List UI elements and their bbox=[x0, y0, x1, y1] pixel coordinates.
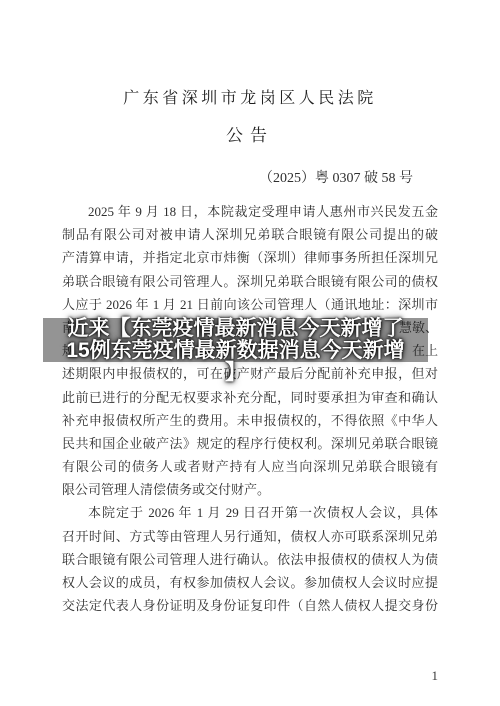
body-line: 交法定代表人身份证明及身份证复印件（自然人债权人提交身份 bbox=[62, 594, 438, 617]
body-line: 限公司管理人清偿债务或交付财产。 bbox=[62, 478, 438, 501]
body-line: 召开时间、方式等由管理人另行通知，债权人亦可联系深圳兄弟 bbox=[62, 525, 438, 548]
spam-watermark-overlay[interactable]: 近来【东莞疫情最新消息今天新增了 15例东莞疫情最新数据消息今天新增 】 bbox=[43, 318, 428, 362]
body-line: 权人会议的成员，有权参加债权人会议。参加债权人会议时应提 bbox=[62, 571, 438, 594]
spam-overlay-line-1: 近来【东莞疫情最新消息今天新增了 bbox=[43, 318, 428, 340]
document-body: 2025 年 9 月 18 日，本院裁定受理申请人惠州市兴民发五金 制品有限公司… bbox=[62, 200, 438, 617]
body-line: 制品有限公司对被申请人深圳兄弟联合眼镜有限公司提出的破 bbox=[62, 223, 438, 246]
body-line: 产清算申请，并指定北京市炜衡（深圳）律师事务所担任深圳兄 bbox=[62, 246, 438, 269]
body-line: 补充申报债权所产生的费用。未申报债权的，不得依照《中华人 bbox=[62, 409, 438, 432]
body-line: 此前已进行的分配无权要求补充分配，同时要承担为审查和确认 bbox=[62, 386, 438, 409]
case-number: （2025）粤 0307 破 58 号 bbox=[62, 167, 413, 187]
spam-overlay-line-3: 】 bbox=[43, 362, 428, 384]
body-line: 民共和国企业破产法》规定的程序行使权利。深圳兄弟联合眼镜 bbox=[62, 432, 438, 455]
spam-overlay-line-2: 15例东莞疫情最新数据消息今天新增 bbox=[43, 340, 428, 362]
body-line: 本院定于 2026 年 1 月 29 日召开第一次债权人会议，具体 bbox=[62, 501, 438, 524]
body-line: 2025 年 9 月 18 日，本院裁定受理申请人惠州市兴民发五金 bbox=[62, 200, 438, 223]
page-number: 1 bbox=[432, 668, 439, 684]
body-line: 有限公司的债务人或者财产持有人应当向深圳兄弟联合眼镜有 bbox=[62, 455, 438, 478]
body-line: 联合眼镜有限公司管理人进行确认。依法申报债权的债权人为债 bbox=[62, 548, 438, 571]
body-line: 弟联合眼镜有限公司管理人。深圳兄弟联合眼镜有限公司的债权 bbox=[62, 270, 438, 293]
body-line: 人应于 2026 年 1 月 21 日前向该公司管理人（通讯地址：深圳市 bbox=[62, 293, 438, 316]
court-name: 广东省深圳市龙岗区人民法院 bbox=[0, 85, 500, 108]
doc-title: 公告 bbox=[0, 121, 500, 146]
